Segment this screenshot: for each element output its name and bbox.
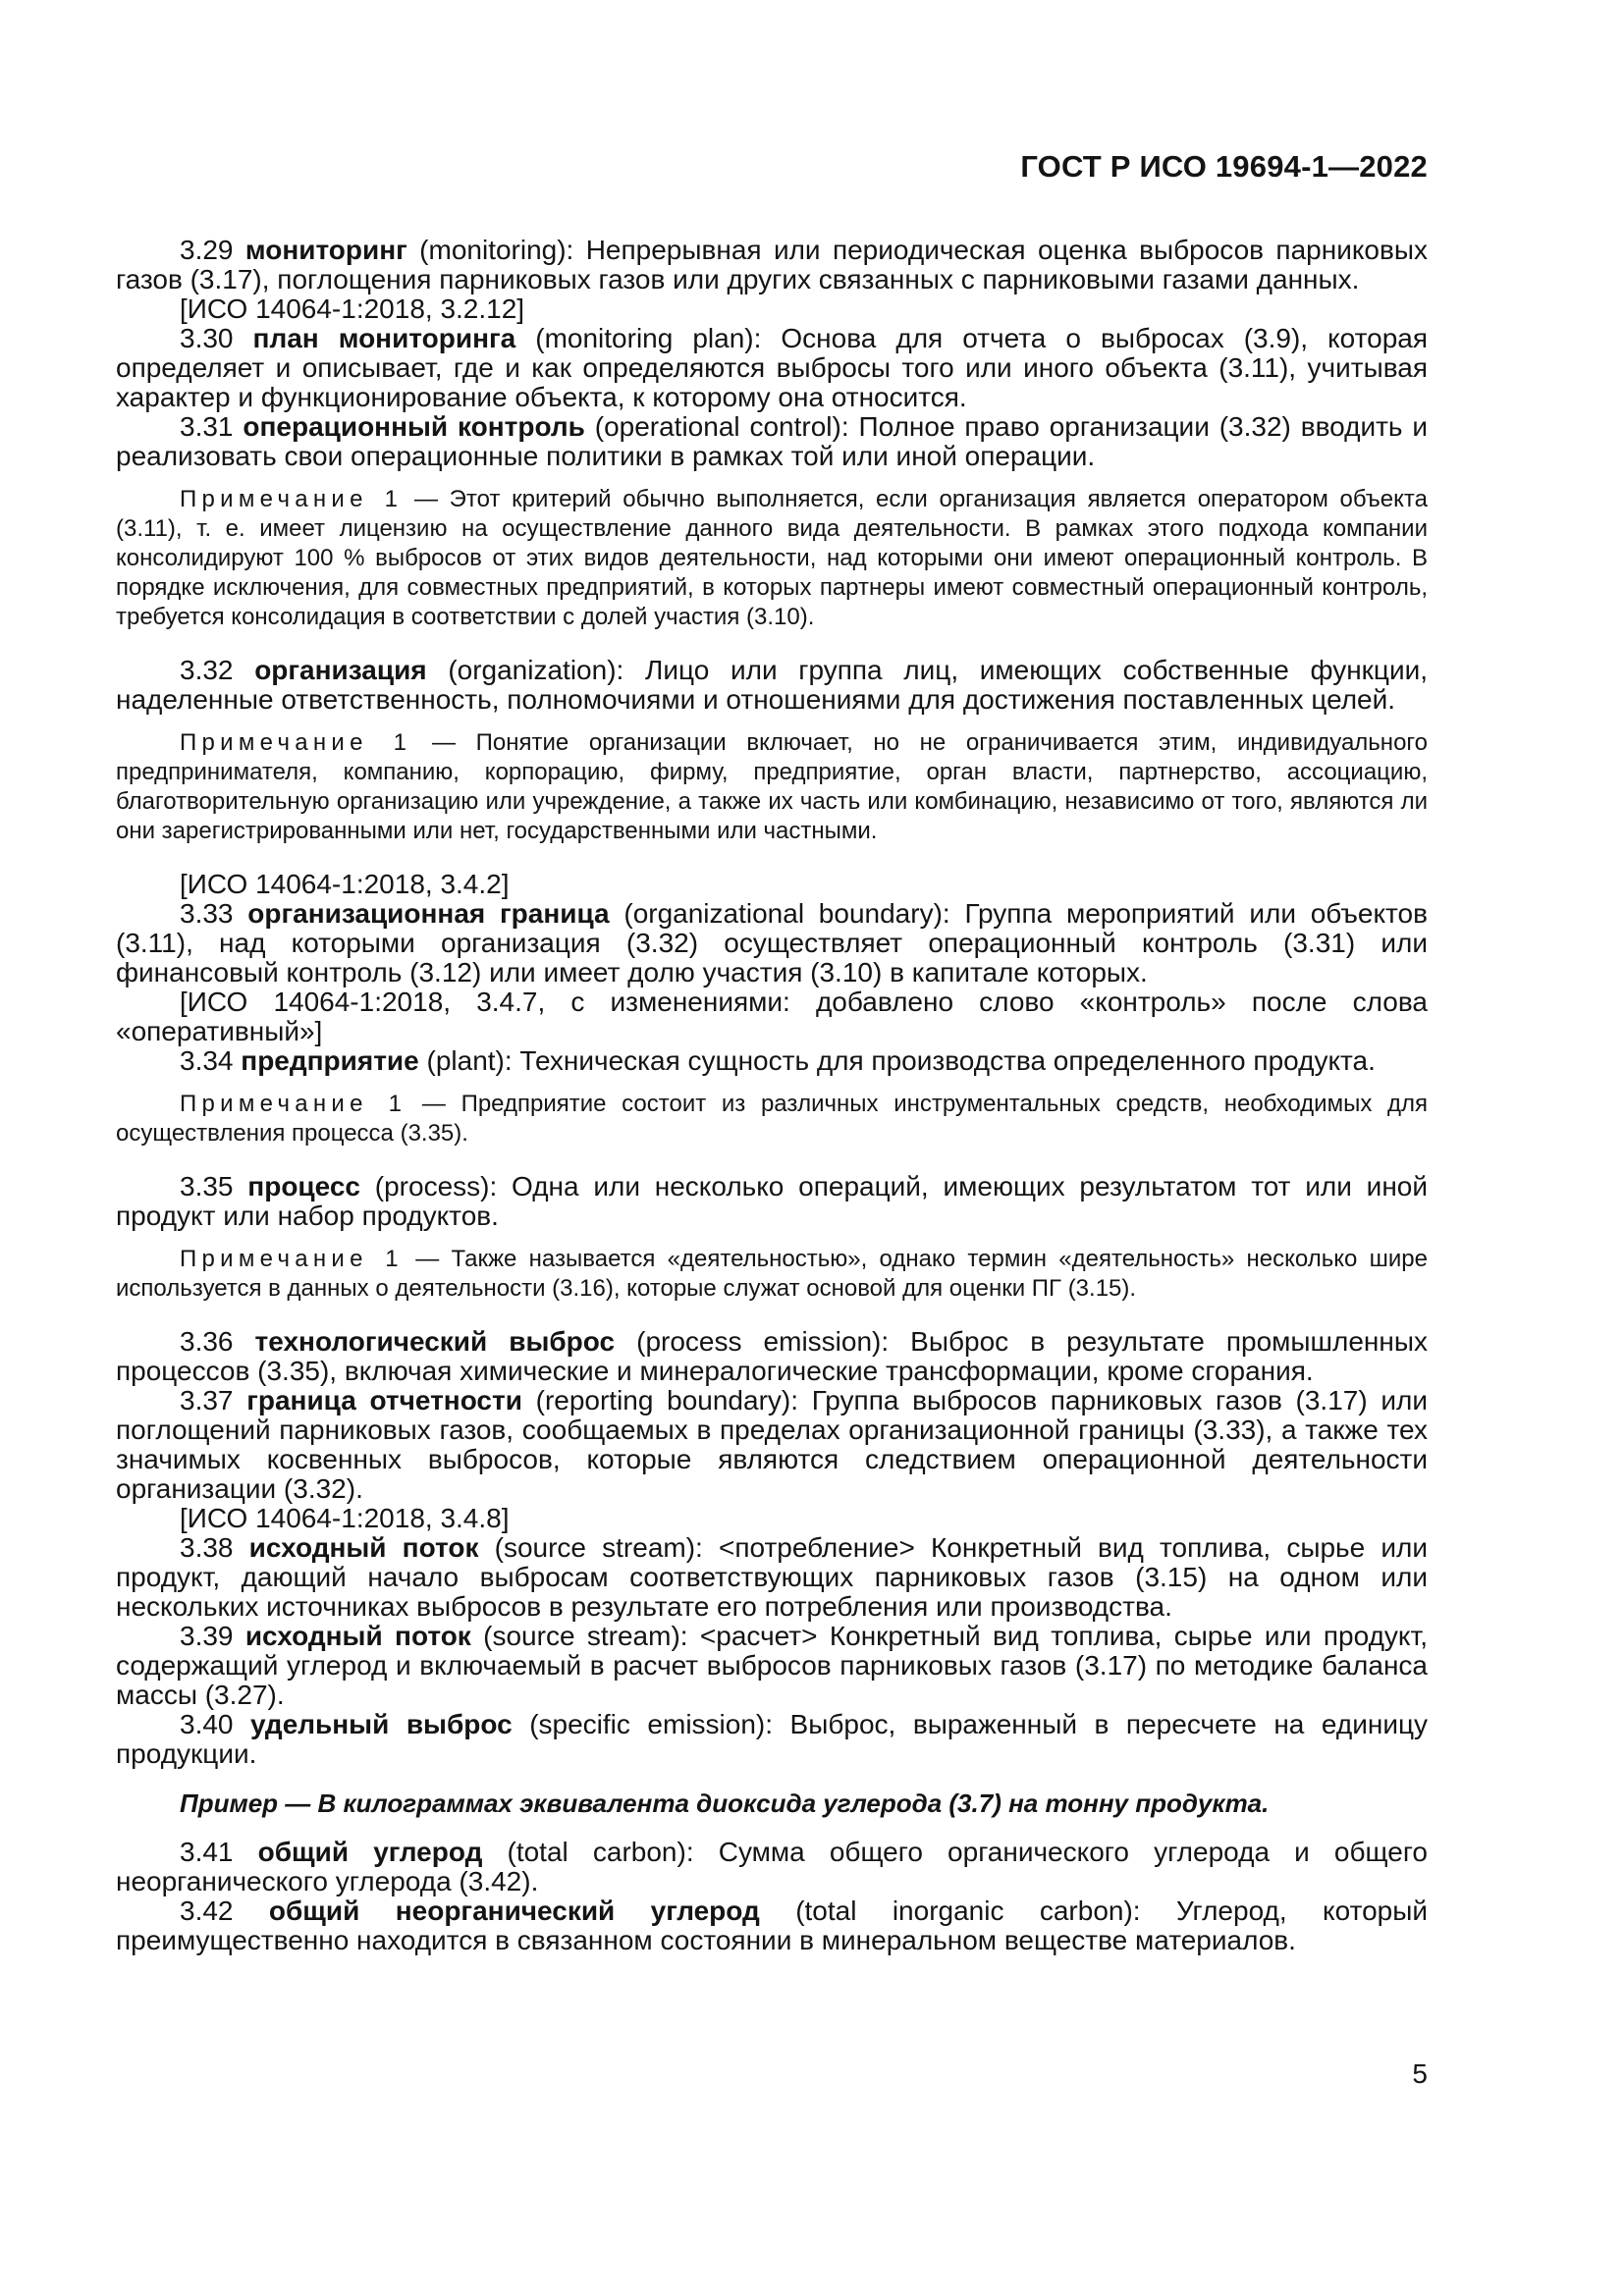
term-paragraph: 3.31 операционный контроль (operational …	[116, 412, 1428, 471]
term-paragraph: 3.40 удельный выброс (specific emission)…	[116, 1710, 1428, 1769]
note-label: Примечание 1	[180, 486, 403, 512]
term-number: 3.32	[180, 655, 254, 685]
term-name: технологический выброс	[255, 1326, 616, 1357]
term-number: 3.36	[180, 1326, 255, 1357]
note-label: Примечание 1	[180, 729, 411, 756]
ref-paragraph: [ИСО 14064-1:2018, 3.4.2]	[116, 870, 1428, 899]
term-number: 3.31	[180, 411, 243, 442]
note-paragraph: Примечание 1 — Этот критерий обычно выпо…	[116, 485, 1428, 632]
term-definition: (plant): Техническая сущность для произв…	[419, 1045, 1376, 1076]
term-name: предприятие	[241, 1045, 418, 1076]
example-label: Пример	[180, 1789, 285, 1818]
definitions-body: 3.29 мониторинг (monitoring): Непрерывна…	[116, 236, 1428, 1955]
term-name: процесс	[247, 1171, 360, 1201]
term-name: исходный поток	[245, 1621, 471, 1651]
term-name: общий неорганический углерод	[269, 1896, 760, 1926]
term-paragraph: 3.33 организационная граница (organizati…	[116, 899, 1428, 988]
term-name: план мониторинга	[253, 323, 516, 353]
term-paragraph: 3.42 общий неорганический углерод (total…	[116, 1896, 1428, 1955]
term-paragraph: 3.35 процесс (process): Одна или несколь…	[116, 1172, 1428, 1231]
term-number: 3.38	[180, 1532, 249, 1563]
term-name: операционный контроль	[243, 411, 585, 442]
term-paragraph: 3.32 организация (organization): Лицо ил…	[116, 656, 1428, 715]
iso-reference-text: [ИСО 14064-1:2018, 3.4.7, с изменениями:…	[116, 987, 1428, 1046]
term-number: 3.37	[180, 1385, 246, 1415]
page-number: 5	[1412, 2059, 1428, 2089]
term-number: 3.33	[180, 898, 247, 929]
ref-paragraph: [ИСО 14064-1:2018, 3.4.7, с изменениями:…	[116, 988, 1428, 1046]
term-number: 3.34	[180, 1045, 241, 1076]
example-paragraph: Пример — В килограммах эквивалента диокс…	[116, 1789, 1428, 1818]
document-page: ГОСТ Р ИСО 19694-1—2022 3.29 мониторинг …	[0, 0, 1624, 2296]
example-text: — В килограммах эквивалента диоксида угл…	[285, 1789, 1269, 1818]
term-paragraph: 3.36 технологический выброс (process emi…	[116, 1327, 1428, 1386]
term-number: 3.39	[180, 1621, 245, 1651]
term-name: исходный поток	[249, 1532, 479, 1563]
term-name: организация	[254, 655, 426, 685]
term-paragraph: 3.38 исходный поток (source stream): <по…	[116, 1533, 1428, 1622]
term-paragraph: 3.39 исходный поток (source stream): <ра…	[116, 1622, 1428, 1710]
term-paragraph: 3.41 общий углерод (total carbon): Сумма…	[116, 1838, 1428, 1896]
iso-reference-text: [ИСО 14064-1:2018, 3.4.8]	[180, 1503, 510, 1533]
term-paragraph: 3.30 план мониторинга (monitoring plan):…	[116, 324, 1428, 412]
term-name: общий углерод	[258, 1837, 483, 1867]
note-label: Примечание 1	[180, 1246, 404, 1272]
ref-paragraph: [ИСО 14064-1:2018, 3.2.12]	[116, 294, 1428, 324]
iso-reference-text: [ИСО 14064-1:2018, 3.4.2]	[180, 869, 510, 899]
note-paragraph: Примечание 1 — Также называется «деятель…	[116, 1245, 1428, 1304]
term-paragraph: 3.37 граница отчетности (reporting bound…	[116, 1386, 1428, 1504]
standard-designation-header: ГОСТ Р ИСО 19694-1—2022	[116, 149, 1428, 185]
iso-reference-text: [ИСО 14064-1:2018, 3.2.12]	[180, 294, 524, 324]
term-number: 3.42	[180, 1896, 269, 1926]
term-paragraph: 3.29 мониторинг (monitoring): Непрерывна…	[116, 236, 1428, 294]
note-paragraph: Примечание 1 — Понятие организации включ…	[116, 728, 1428, 846]
term-name: мониторинг	[245, 235, 407, 265]
ref-paragraph: [ИСО 14064-1:2018, 3.4.8]	[116, 1504, 1428, 1533]
term-number: 3.41	[180, 1837, 258, 1867]
term-number: 3.30	[180, 323, 253, 353]
term-name: удельный выброс	[250, 1709, 513, 1739]
text-block: ГОСТ Р ИСО 19694-1—2022 3.29 мониторинг …	[116, 0, 1428, 1955]
term-paragraph: 3.34 предприятие (plant): Техническая су…	[116, 1046, 1428, 1076]
term-number: 3.35	[180, 1171, 247, 1201]
term-number: 3.40	[180, 1709, 250, 1739]
note-paragraph: Примечание 1 — Предприятие состоит из ра…	[116, 1090, 1428, 1148]
note-label: Примечание 1	[180, 1091, 406, 1117]
term-name: граница отчетности	[246, 1385, 522, 1415]
term-number: 3.29	[180, 235, 245, 265]
term-name: организационная граница	[247, 898, 609, 929]
